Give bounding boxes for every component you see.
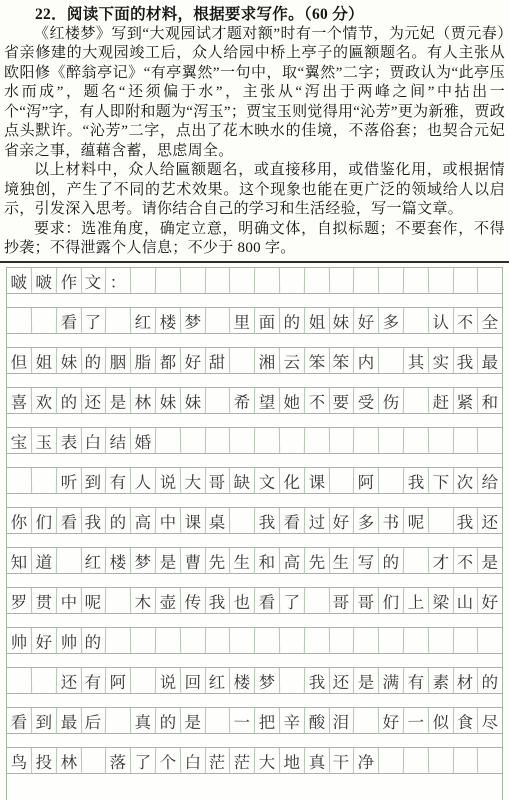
grid-cell: 们: [379, 588, 404, 613]
grid-cell: 伤: [379, 388, 404, 413]
grid-cell: [379, 748, 404, 773]
grid-cell: 云: [280, 348, 305, 373]
grid-cell: 是: [106, 388, 131, 413]
essay-prompt: 22．阅读下面的材料，根据要求写作。（60 分） 《红楼梦》写到“大观园试才题对…: [0, 0, 509, 258]
grid-cell: [428, 508, 453, 533]
grid-cell: 我: [304, 668, 329, 693]
grid-cell: [453, 628, 478, 653]
grid-cell: 好: [32, 628, 57, 653]
grid-cell: [156, 268, 181, 293]
grid-cell: [329, 468, 354, 493]
grid-cell: 辛: [280, 708, 305, 733]
grid-cell: 都: [156, 348, 181, 373]
grid-cell: 材: [453, 668, 478, 693]
grid-cell: [230, 348, 255, 373]
grid-cell: 有: [404, 668, 429, 693]
grid-cell: [280, 428, 305, 453]
grid-cell: 茫: [205, 748, 230, 773]
grid-cell: 阿: [354, 468, 379, 493]
grid-row: 知道红楼梦是曹先生和高先生写的才不是: [7, 548, 502, 574]
grid-cell: [354, 428, 379, 453]
grid-cell: [404, 748, 429, 773]
row-spacer: [7, 694, 502, 708]
grid-cell: 的: [379, 548, 404, 573]
grid-row: 但姐妹的胭脂都好甜湘云笨笨内其实我最: [7, 348, 502, 374]
grid-cell: 尽: [478, 708, 502, 733]
grid-cell: 呢: [81, 588, 106, 613]
grid-cell: 和: [478, 388, 502, 413]
grid-cell: 认: [428, 308, 453, 333]
grid-cell: 好: [478, 588, 502, 613]
grid-cell: [230, 428, 255, 453]
grid-cell: 林: [56, 748, 81, 773]
grid-cell: [255, 628, 280, 653]
grid-cell: 写: [354, 548, 379, 573]
grid-cell: 哥: [329, 588, 354, 613]
grid-cell: 似: [428, 708, 453, 733]
grid-cell: [106, 308, 131, 333]
grid-cell: 地: [280, 748, 305, 773]
grid-cell: 过: [304, 508, 329, 533]
grid-cell: 上: [404, 588, 429, 613]
grid-cell: 我: [205, 588, 230, 613]
grid-cell: [280, 668, 305, 693]
grid-cell: 红: [205, 668, 230, 693]
grid-cell: 白: [81, 428, 106, 453]
grid-cell: 是: [180, 708, 205, 733]
grid-cell: [230, 268, 255, 293]
grid-cell: 给: [478, 468, 502, 493]
grid-row: 罗贯中呢木壶传我也看了哥哥们上梁山好: [7, 588, 502, 614]
grid-cell: 紧: [453, 388, 478, 413]
grid-cell: 高: [280, 548, 305, 573]
grid-cell: 玉: [32, 428, 57, 453]
grid-cell: 素: [428, 668, 453, 693]
grid-cell: 看: [56, 508, 81, 533]
grid-cell: [478, 628, 502, 653]
grid-cell: 还: [81, 388, 106, 413]
grid-cell: 她: [280, 388, 305, 413]
grid-cell: 脂: [131, 348, 156, 373]
grid-cell: 妹: [180, 388, 205, 413]
grid-cell: 红: [81, 548, 106, 573]
grid-cell: 贯: [32, 588, 57, 613]
grid-cell: [131, 628, 156, 653]
grid-cell: 要: [329, 388, 354, 413]
grid-cell: ：: [106, 268, 131, 293]
grid-cell: [404, 268, 429, 293]
grid-cell: [106, 708, 131, 733]
grid-cell: [478, 268, 502, 293]
grid-cell: 看: [280, 508, 305, 533]
grid-cell: 的: [106, 508, 131, 533]
grid-cell: 姐: [32, 348, 57, 373]
row-spacer: [7, 774, 502, 788]
grid-cell: 看: [255, 588, 280, 613]
grid-cell: 次: [453, 468, 478, 493]
grid-row: 看了红楼梦里面的姐妹好多认不全: [7, 308, 502, 334]
grid-cell: 满: [379, 668, 404, 693]
grid-cell: 文: [81, 268, 106, 293]
grid-cell: 到: [32, 708, 57, 733]
row-spacer: [7, 654, 502, 668]
grid-cell: [453, 268, 478, 293]
grid-cell: 全: [478, 308, 502, 333]
grid-cell: 后: [81, 708, 106, 733]
grid-row: 鸟投林落了个白茫茫大地真干净: [7, 748, 502, 774]
grid-cell: [81, 748, 106, 773]
grid-cell: [7, 668, 32, 693]
section-divider: [0, 261, 509, 263]
grid-cell: 下: [428, 468, 453, 493]
grid-cell: 的: [156, 708, 181, 733]
grid-cell: 面: [255, 308, 280, 333]
grid-cell: [304, 428, 329, 453]
grid-cell: 还: [329, 668, 354, 693]
grid-cell: 把: [255, 708, 280, 733]
grid-cell: 啵: [32, 268, 57, 293]
grid-cell: 山: [453, 588, 478, 613]
grid-cell: [280, 628, 305, 653]
grid-cell: 结: [106, 428, 131, 453]
row-spacer: [7, 414, 502, 428]
grid-cell: [428, 428, 453, 453]
grid-cell: [379, 468, 404, 493]
grid-cell: 多: [379, 308, 404, 333]
grid-cell: 木: [131, 588, 156, 613]
grid-cell: [106, 588, 131, 613]
grid-cell: 罗: [7, 588, 32, 613]
grid-cell: [106, 628, 131, 653]
grid-cell: [428, 268, 453, 293]
grid-cell: 我: [453, 348, 478, 373]
grid-cell: 了: [280, 588, 305, 613]
grid-cell: 白: [180, 748, 205, 773]
grid-cell: 哥: [354, 588, 379, 613]
grid-cell: 先: [304, 548, 329, 573]
grid-cell: 不: [453, 308, 478, 333]
grid-cell: [329, 268, 354, 293]
grid-row: 宝玉表白结婚: [7, 428, 502, 454]
grid-cell: 帅: [56, 628, 81, 653]
grid-cell: 的: [81, 628, 106, 653]
grid-cell: [156, 628, 181, 653]
grid-cell: [180, 428, 205, 453]
grid-cell: [205, 388, 230, 413]
grid-cell: 回: [180, 668, 205, 693]
grid-cell: 受: [354, 388, 379, 413]
grid-cell: [205, 628, 230, 653]
grid-cell: 课: [180, 508, 205, 533]
grid-cell: [56, 548, 81, 573]
grid-row: 听到有人说大哥缺文化课阿我下次给: [7, 468, 502, 494]
grid-row: 啵啵作文：: [7, 268, 502, 294]
grid-cell: 大: [180, 468, 205, 493]
grid-cell: [453, 428, 478, 453]
grid-cell: 呢: [404, 508, 429, 533]
grid-cell: [32, 468, 57, 493]
grid-cell: [280, 268, 305, 293]
grid-cell: 梦: [180, 308, 205, 333]
grid-cell: 我: [404, 468, 429, 493]
grid-cell: 先: [205, 548, 230, 573]
grid-cell: 课: [304, 468, 329, 493]
grid-cell: 内: [354, 348, 379, 373]
grid-cell: 中: [156, 508, 181, 533]
grid-cell: 我: [81, 508, 106, 533]
grid-cell: 道: [32, 548, 57, 573]
grid-cell: [478, 428, 502, 453]
grid-cell: 妹: [56, 348, 81, 373]
grid-cell: 是: [478, 548, 502, 573]
row-spacer: [7, 454, 502, 468]
row-spacer: [7, 574, 502, 588]
grid-cell: 们: [32, 508, 57, 533]
prompt-paragraph-3: 要求：选准角度，确定立意，明确文体，自拟标题；不要套作，不得抄袭；不得泄露个人信…: [4, 220, 505, 259]
row-spacer: [7, 734, 502, 748]
grid-cell: 了: [131, 748, 156, 773]
grid-cell: 宝: [7, 428, 32, 453]
grid-cell: 表: [56, 428, 81, 453]
grid-cell: 最: [478, 348, 502, 373]
grid-cell: 不: [453, 548, 478, 573]
grid-cell: [131, 668, 156, 693]
grid-cell: 大: [255, 748, 280, 773]
row-spacer: [7, 534, 502, 548]
grid-cell: 的: [56, 388, 81, 413]
grid-cell: 中: [56, 588, 81, 613]
grid-cell: [230, 508, 255, 533]
prompt-title: 22．阅读下面的材料，根据要求写作。（60 分）: [4, 5, 505, 25]
grid-cell: 但: [7, 348, 32, 373]
grid-cell: 里: [230, 308, 255, 333]
grid-cell: 看: [7, 708, 32, 733]
grid-cell: [131, 268, 156, 293]
grid-cell: 说: [156, 668, 181, 693]
row-spacer: [7, 334, 502, 348]
prompt-paragraph-2: 以上材料中，众人给匾额题名，或直接移用，或借鉴化用，或根据情境独创，产生了不同的…: [4, 161, 505, 220]
grid-cell: 传: [180, 588, 205, 613]
grid-cell: 的: [81, 348, 106, 373]
grid-cell: 的: [478, 668, 502, 693]
grid-row: 你们看我的高中课桌我看过好多书呢我还: [7, 508, 502, 534]
grid-cell: 实: [428, 348, 453, 373]
grid-cell: [404, 388, 429, 413]
grid-cell: 干: [329, 748, 354, 773]
grid-cell: 笨: [304, 348, 329, 373]
grid-cell: 还: [56, 668, 81, 693]
grid-cell: [404, 548, 429, 573]
grid-cell: 缺: [230, 468, 255, 493]
grid-cell: 也: [230, 588, 255, 613]
grid-cell: [205, 268, 230, 293]
grid-cell: 还: [478, 508, 502, 533]
grid-cell: 胭: [106, 348, 131, 373]
grid-cell: 鸟: [7, 748, 32, 773]
grid-cell: 真: [304, 748, 329, 773]
grid-cell: 妹: [329, 308, 354, 333]
grid-cell: [329, 428, 354, 453]
grid-cell: 才: [428, 548, 453, 573]
grid-cell: 作: [56, 268, 81, 293]
grid-row: 还有阿说回红楼梦我还是满有素材的: [7, 668, 502, 694]
grid-cell: 高: [131, 508, 156, 533]
grid-cell: 说: [156, 468, 181, 493]
grid-cell: [180, 628, 205, 653]
grid-cell: 赶: [428, 388, 453, 413]
grid-cell: 是: [354, 668, 379, 693]
grid-cell: [354, 628, 379, 653]
grid-cell: 一: [404, 708, 429, 733]
grid-cell: 净: [354, 748, 379, 773]
grid-cell: 我: [255, 508, 280, 533]
grid-cell: [304, 628, 329, 653]
grid-cell: 梦: [255, 668, 280, 693]
grid-cell: 梦: [131, 548, 156, 573]
grid-cell: [32, 308, 57, 333]
grid-cell: 帅: [7, 628, 32, 653]
grid-cell: 不: [304, 388, 329, 413]
grid-cell: 听: [56, 468, 81, 493]
grid-cell: 有: [81, 668, 106, 693]
grid-cell: 湘: [255, 348, 280, 373]
row-spacer: [7, 294, 502, 308]
grid-cell: 阿: [106, 668, 131, 693]
grid-cell: 知: [7, 548, 32, 573]
grid-cell: 哥: [205, 468, 230, 493]
grid-cell: 有: [106, 468, 131, 493]
grid-cell: 好: [354, 308, 379, 333]
grid-cell: 林: [131, 388, 156, 413]
grid-cell: [404, 428, 429, 453]
grid-cell: [7, 308, 32, 333]
scanned-exam-page: { "prompt": { "title": "22．阅读下面的材料，根据要求写…: [0, 0, 509, 800]
grid-cell: [329, 628, 354, 653]
grid-cell: 望: [255, 388, 280, 413]
grid-cell: [32, 668, 57, 693]
grid-cell: 楼: [230, 668, 255, 693]
grid-cell: [379, 268, 404, 293]
grid-cell: 人: [131, 468, 156, 493]
grid-cell: [304, 268, 329, 293]
grid-cell: 笨: [329, 348, 354, 373]
grid-cell: [205, 708, 230, 733]
grid-cell: 是: [156, 548, 181, 573]
answer-grid: 啵啵作文：看了红楼梦里面的姐妹好多认不全但姐妹的胭脂都好甜湘云笨笨内其实我最喜欢…: [6, 267, 503, 800]
grid-cell: 欢: [32, 388, 57, 413]
grid-cell: 多: [354, 508, 379, 533]
grid-cell: 真: [131, 708, 156, 733]
grid-cell: [255, 428, 280, 453]
grid-cell: [404, 308, 429, 333]
grid-cell: 壶: [156, 588, 181, 613]
grid-cell: 梁: [428, 588, 453, 613]
prompt-paragraph-1: 《红楼梦》写到“大观园试才题对额”时有一个情节，为元妃（贾元春）省亲修建的大观园…: [4, 25, 505, 162]
grid-cell: 我: [453, 508, 478, 533]
grid-cell: 生: [230, 548, 255, 573]
grid-cell: 楼: [106, 548, 131, 573]
grid-cell: [428, 748, 453, 773]
grid-cell: [428, 628, 453, 653]
grid-cell: 桌: [205, 508, 230, 533]
grid-cell: 甜: [205, 348, 230, 373]
grid-cell: [478, 748, 502, 773]
grid-cell: 好: [379, 708, 404, 733]
grid-cell: [255, 268, 280, 293]
row-spacer: [7, 494, 502, 508]
grid-cell: 了: [81, 308, 106, 333]
grid-row: 看到最后真的是一把辛酸泪好一似食尽: [7, 708, 502, 734]
grid-cell: 其: [404, 348, 429, 373]
grid-cell: [453, 748, 478, 773]
grid-cell: [404, 628, 429, 653]
grid-row: 帅好帅的: [7, 628, 502, 654]
grid-cell: [379, 628, 404, 653]
grid-cell: 化: [280, 468, 305, 493]
grid-cell: [7, 468, 32, 493]
grid-cell: 的: [280, 308, 305, 333]
grid-cell: 落: [106, 748, 131, 773]
grid-cell: 你: [7, 508, 32, 533]
grid-cell: 投: [32, 748, 57, 773]
grid-cell: 泪: [329, 708, 354, 733]
grid-cell: 好: [329, 508, 354, 533]
row-spacer: [7, 614, 502, 628]
grid-cell: 茫: [230, 748, 255, 773]
grid-cell: 食: [453, 708, 478, 733]
grid-cell: 一: [230, 708, 255, 733]
grid-cell: 到: [81, 468, 106, 493]
grid-cell: 最: [56, 708, 81, 733]
grid-cell: 个: [156, 748, 181, 773]
row-spacer: [7, 374, 502, 388]
grid-cell: 红: [131, 308, 156, 333]
grid-cell: [304, 588, 329, 613]
grid-cell: 文: [255, 468, 280, 493]
grid-cell: [156, 428, 181, 453]
grid-cell: [354, 268, 379, 293]
grid-cell: [205, 428, 230, 453]
grid-cell: 希: [230, 388, 255, 413]
grid-cell: 姐: [304, 308, 329, 333]
grid-cell: 婚: [131, 428, 156, 453]
grid-cell: 生: [329, 548, 354, 573]
grid-cell: 妹: [156, 388, 181, 413]
grid-cell: [354, 708, 379, 733]
grid-cell: 看: [56, 308, 81, 333]
grid-cell: 曹: [180, 548, 205, 573]
grid-cell: 书: [379, 508, 404, 533]
grid-cell: [379, 428, 404, 453]
grid-cell: [379, 348, 404, 373]
grid-cell: 好: [180, 348, 205, 373]
grid-cell: 楼: [156, 308, 181, 333]
grid-cell: [180, 268, 205, 293]
grid-cell: 和: [255, 548, 280, 573]
grid-cell: 喜: [7, 388, 32, 413]
grid-cell: [205, 308, 230, 333]
grid-row: 喜欢的还是林妹妹希望她不要受伤赶紧和: [7, 388, 502, 414]
grid-cell: 酸: [304, 708, 329, 733]
grid-cell: [230, 628, 255, 653]
grid-cell: 啵: [7, 268, 32, 293]
